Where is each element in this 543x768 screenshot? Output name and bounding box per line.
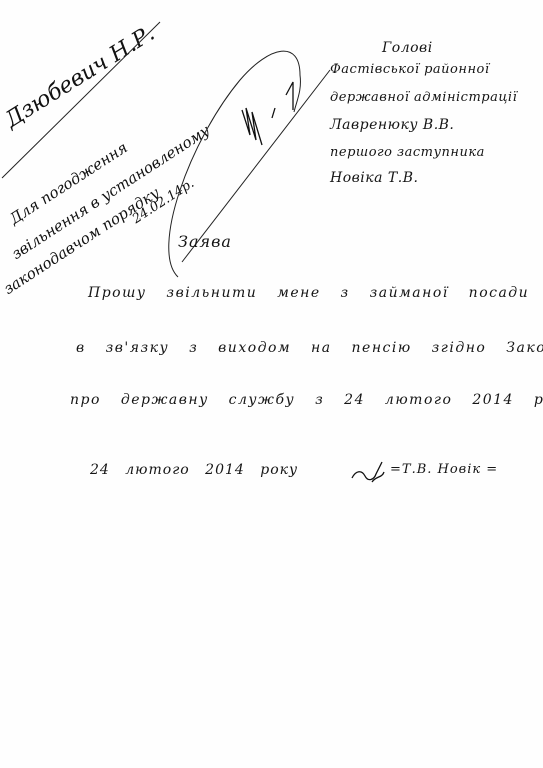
document-date: 24 лютого 2014 року	[90, 462, 298, 478]
signature-name: =Т.В. Новік =	[350, 462, 498, 477]
body-line: про державну службу з 24 лютого 2014 рок…	[70, 392, 543, 408]
body-line: в зв'язку з виходом на пенсію згідно Зак…	[76, 340, 543, 356]
addressee-line: Новіка Т.В.	[330, 170, 418, 186]
scanned-document-page: Голові Фастівської районної державної ад…	[0, 0, 543, 768]
document-title: Заява	[178, 232, 232, 251]
signature-text: =Т.В. Новік =	[390, 462, 498, 477]
addressee-line: державної адміністрації	[330, 90, 517, 105]
addressee-line: першого заступника	[330, 145, 485, 160]
addressee-line: Голові	[382, 40, 433, 56]
resolution-note: Дзюбевич Н.Р. Для погодження звільнення …	[0, 0, 330, 320]
resolution-name: Дзюбевич Н.Р.	[1, 21, 160, 133]
addressee-line: Лавренюку В.В.	[330, 117, 454, 133]
addressee-line: Фастівської районної	[330, 62, 490, 77]
body-line: Прошу звільнити мене з займаної посади	[88, 285, 529, 301]
